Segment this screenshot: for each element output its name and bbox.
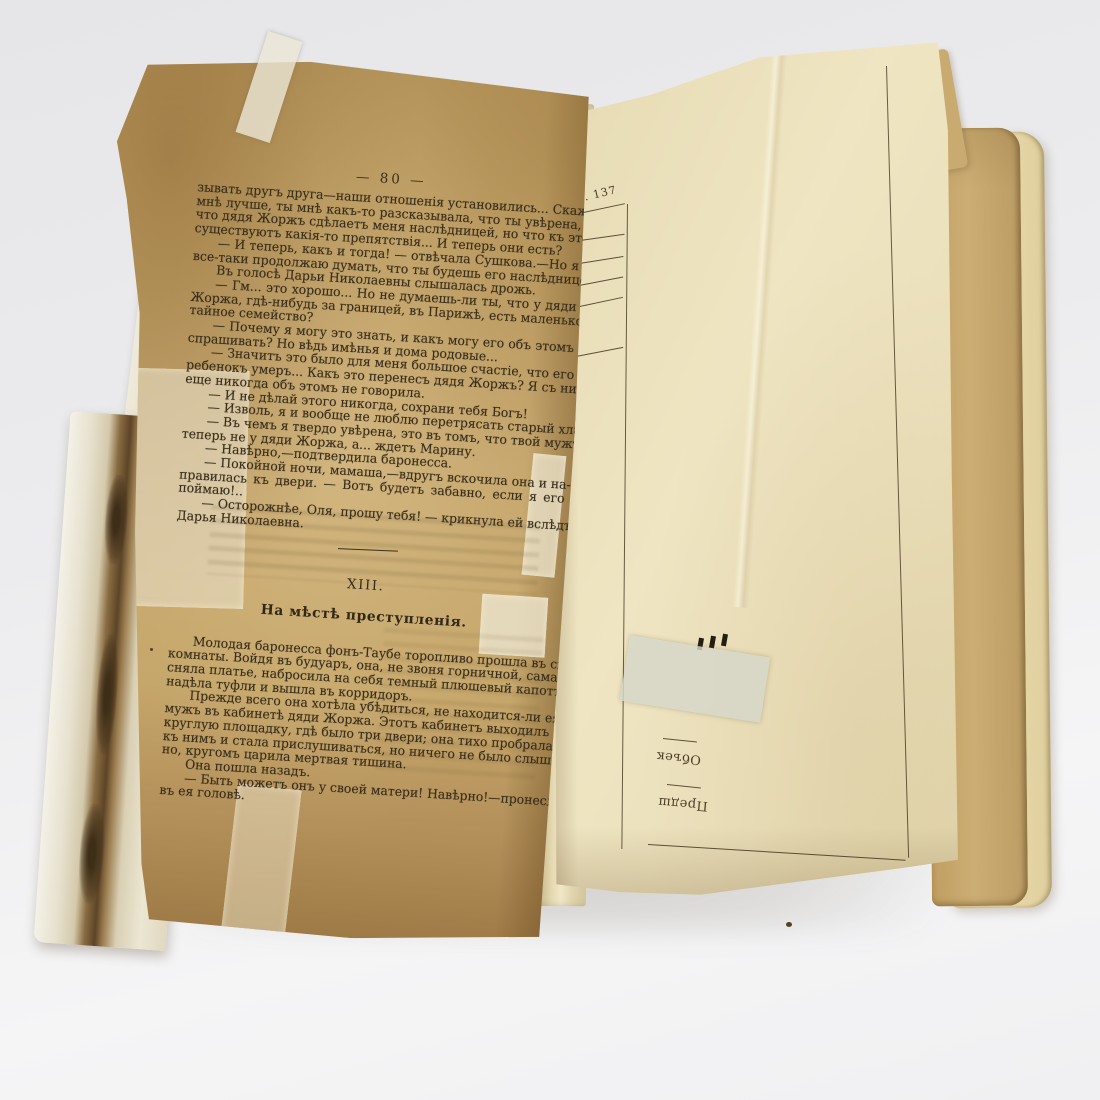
lower-text-block: Молодая баронесса фонъ-Таубе торопливо п… — [159, 633, 555, 821]
tape-strip — [221, 783, 302, 941]
upper-text-block: зывать другъ друга—наши отношенія устано… — [176, 180, 583, 546]
library-form-page: Ф. 137 Объек Предш — [552, 38, 988, 914]
spine-stain — [93, 634, 121, 755]
left-book-page: — 80 — зывать другъ друга—наши отношенія… — [65, 50, 597, 950]
section-separator-rule — [338, 548, 398, 552]
spine-stain — [76, 803, 107, 904]
spine-stain — [102, 474, 130, 565]
page-text-column: — 80 — зывать другъ друга—наши отношенія… — [159, 159, 584, 821]
chapter-title: На мѣстѣ преступленія. — [171, 596, 557, 636]
debris-speck — [786, 922, 792, 927]
book-photo: Ф. 137 Объек Предш — [0, 0, 1100, 1100]
debris-speck — [150, 648, 153, 651]
